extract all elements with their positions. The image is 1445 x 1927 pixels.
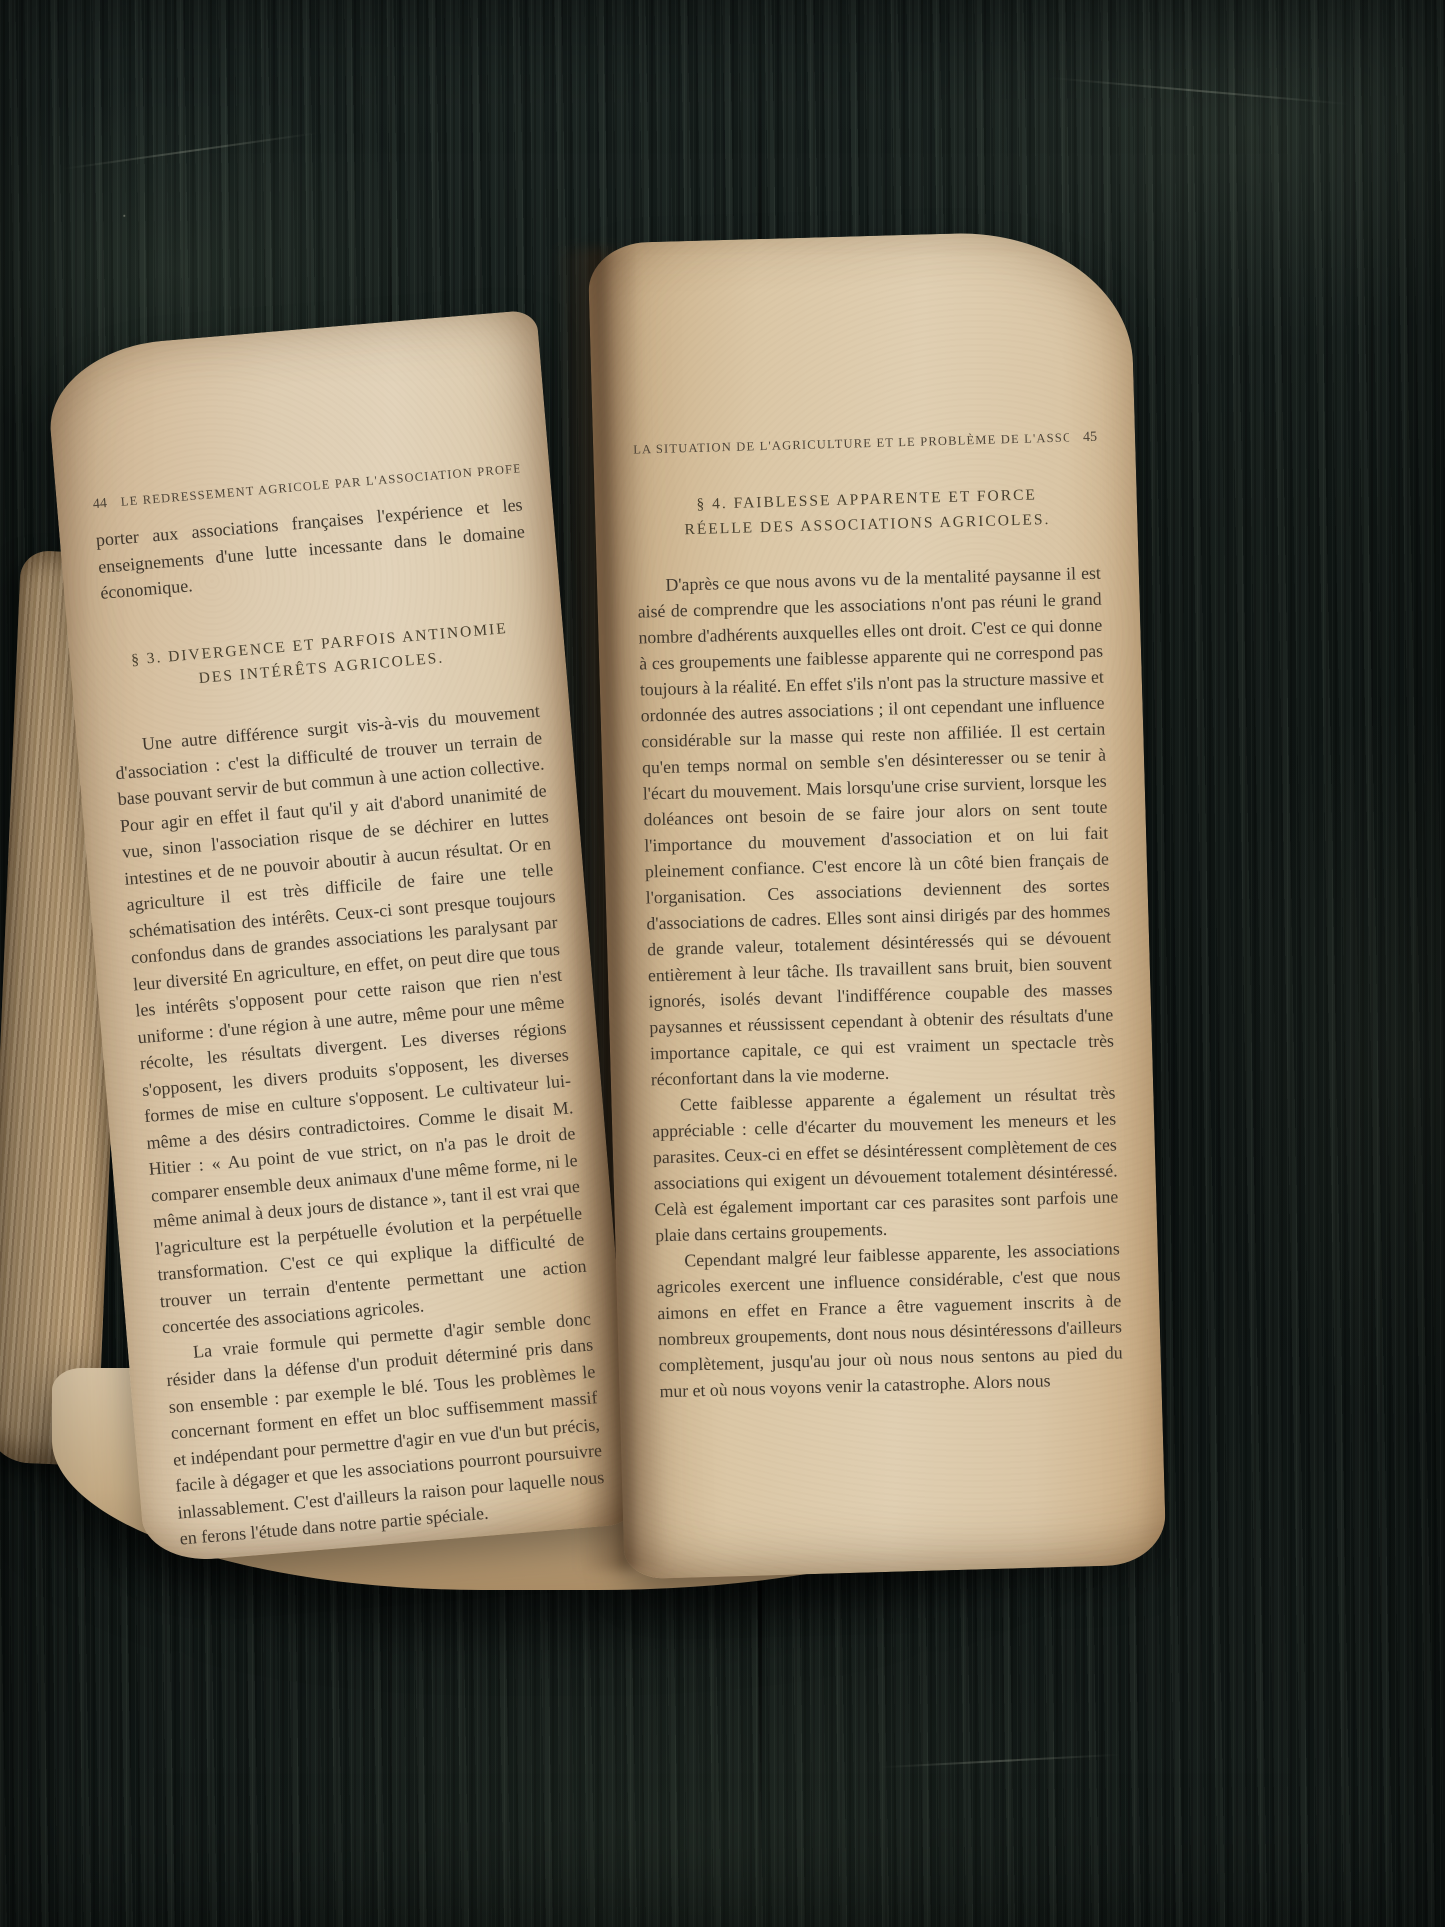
left-page-body: Une autre différence surgit vis-à-vis du… xyxy=(112,698,607,1552)
continuation-paragraph-block: porter aux associations françaises l'exp… xyxy=(95,491,528,606)
body-paragraph: Cependant malgré leur faiblesse apparent… xyxy=(656,1235,1124,1404)
photo-of-open-book: 44 LE REDRESSEMENT AGRICOLE PAR L'ASSOCI… xyxy=(0,0,1445,1927)
continuation-paragraph: porter aux associations françaises l'exp… xyxy=(95,491,528,606)
section-3-heading: § 3. DIVERGENCE ET PARFOIS ANTINOMIE DES… xyxy=(105,614,536,699)
body-paragraph: La vraie formule qui permette d'agir sem… xyxy=(163,1305,607,1552)
right-page-body: D'après ce que nous avons vu de la menta… xyxy=(637,559,1124,1404)
page-number: 45 xyxy=(1083,430,1097,446)
body-paragraph: D'après ce que nous avons vu de la menta… xyxy=(637,559,1115,1092)
running-header-title: LA SITUATION DE L'AGRICULTURE ET LE PROB… xyxy=(633,430,1069,457)
section-4-heading: § 4. FAIBLESSE APPARENTE ET FORCE RÉELLE… xyxy=(634,482,1099,545)
body-paragraph: Cette faiblesse apparente a également un… xyxy=(651,1079,1119,1248)
page-number: 44 xyxy=(92,496,107,513)
left-page: 44 LE REDRESSEMENT AGRICOLE PAR L'ASSOCI… xyxy=(44,309,638,1564)
right-page: LA SITUATION DE L'AGRICULTURE ET LE PROB… xyxy=(587,229,1166,1580)
body-paragraph: Une autre différence surgit vis-à-vis du… xyxy=(112,698,590,1341)
running-header-right: LA SITUATION DE L'AGRICULTURE ET LE PROB… xyxy=(633,430,1097,459)
